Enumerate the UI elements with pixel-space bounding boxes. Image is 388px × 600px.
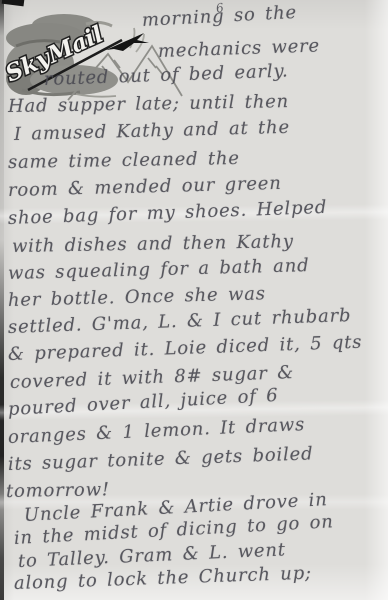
letter-line: room & mended our green <box>8 173 282 202</box>
letter-line: shoe bag for my shoes. Helped <box>8 197 328 230</box>
letter-line: its sugar tonite & gets boiled <box>8 443 314 476</box>
scan-corner-mark <box>2 0 25 6</box>
letter-page: SkyMail 6 morning so the mechanics were … <box>0 0 388 600</box>
letter-line: was squealing for a bath and <box>8 255 310 285</box>
letter-line: tomorrow! <box>6 479 110 503</box>
letter-line: morning so the <box>141 2 297 32</box>
airplane-icon <box>106 33 149 51</box>
letter-line: same time cleaned the <box>8 148 240 174</box>
letter-line: with dishes and then Kathy <box>12 231 294 258</box>
letter-line: her bottle. Once she was <box>8 283 266 312</box>
letter-line: Had supper late; until then <box>8 91 289 118</box>
letter-line: I amused Kathy and at the <box>14 117 290 146</box>
letter-line: mechanics were <box>158 35 321 63</box>
